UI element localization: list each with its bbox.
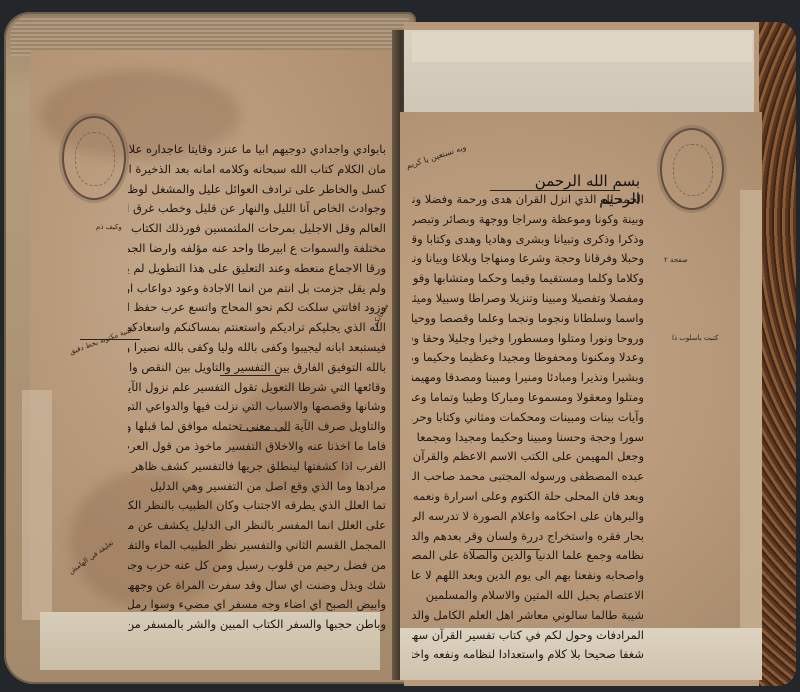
text-line: مرادها وما الذي وقع اصل من التفسير وهي ا…: [128, 477, 386, 497]
marginal-note: وكيف ذم: [96, 222, 122, 232]
text-line: والبرهان على احكامه واعلام الصورة لا تدر…: [412, 507, 644, 527]
text-line: الفرب اذا كشفتها لينطلق جريها فالتفسير ك…: [128, 457, 386, 477]
text-line: وروحا ونورا ومتلوا ومسطورا وخيرا وجليلا …: [412, 329, 644, 349]
text-line: على العلل انما المفسر بالنظر الى الدليل …: [128, 516, 386, 536]
text-line: وقائعها التي شرطا التعويل تقول التفسير ع…: [128, 378, 386, 398]
marginal-note: صفحة ٢: [664, 255, 688, 265]
underline-rule: [220, 375, 280, 376]
text-line: تما العلل الذي يطرقه الاجتناب وكان الطبي…: [128, 496, 386, 516]
text-line: فيستبعد ابانه ليجيبوا وكفى بالله وليا وك…: [128, 338, 386, 358]
underline-rule: [470, 549, 540, 550]
oval-seal-icon: [62, 116, 126, 200]
text-line: فاما ما اخذنا عنه والاخلاق التفسير ماخوذ…: [128, 437, 386, 457]
text-line: شغفا صحيحا بلا كلام واستعدادا لنظامه ونف…: [412, 645, 644, 665]
text-line: بابوادي واجدادي دوجيهم ابيا ما عنزد وقاي…: [128, 140, 386, 160]
text-line: سورا وحجة وحسنا ومبينا وحكيما ومجيدا ومج…: [412, 428, 644, 448]
text-line: ومفصلا وتفصيلا ومبينا وتنزيلا وصراطا وسب…: [412, 289, 644, 309]
text-line: وعدلا ومكنونا ومحفوظا ومجيدا وعظيما وحكي…: [412, 348, 644, 368]
text-line: وبينة وكونا وموعظة وسراجا ووجهة وبصائر و…: [412, 210, 644, 230]
right-page-text: الحمد لله الذي انزل القران هدى ورحمة وفض…: [412, 190, 644, 665]
text-line: وبشيرا ونذيرا ومبادئا ومنيرا ومبينا ومصد…: [412, 368, 644, 388]
text-line: وآيات بينات ومبينات ومحكمات ومثاني وكتاب…: [412, 408, 644, 428]
text-line: وابيض الصبح اي اضاء وجه مسفر اي مضيء وسو…: [128, 595, 386, 615]
text-line: وباطن حجبها والسفر الكتاب المبين والشر ب…: [128, 615, 386, 635]
text-line: المجمل القسم الثاني والتفسير نظر الطبيب …: [128, 536, 386, 556]
right-edge-repair-strip: [740, 190, 762, 630]
text-line: من فضل رحيم من قلوب رسيل ومن كل عنه حزب …: [128, 556, 386, 576]
text-line: الاعتصام بحبل الله المتين والاسلام والمس…: [412, 586, 644, 606]
text-line: وحبلا وفرقانا وحجة وشرعا ومنهاجا وبلاغا …: [412, 249, 644, 269]
underline-rule: [240, 430, 290, 431]
left-page-text: بابوادي واجدادي دوجيهم ابيا ما عنزد وقاي…: [128, 140, 386, 635]
text-line: كسل والخاطر على ترادف العوائل عليل والمش…: [128, 180, 386, 200]
marginal-note: كتبت باسلوب ذا: [672, 333, 718, 343]
text-line: ولم يقل جزمت بل انتم من انما الاجادة وعو…: [128, 279, 386, 299]
text-line: المرادفات وحول لكم في كتاب تفسير القرآن …: [412, 626, 644, 646]
text-line: عبده المصطفى ورسوله المجتبى محمد صاحب ال…: [412, 467, 644, 487]
text-line: وزود افاتتي سلكت لكم نحو المحاج واتسع عر…: [128, 298, 386, 318]
text-line: واسما وسلطانا ونجوما ونجما وعلما وقصصا و…: [412, 309, 644, 329]
right-top-repair-strip-inner: [412, 32, 752, 62]
text-line: مان الكلام كتاب الله سبحانه وكلامه امانه…: [128, 160, 386, 180]
manuscript-photo: بابوادي واجدادي دوجيهم ابيا ما عنزد وقاي…: [0, 0, 800, 692]
text-line: وجوادث الخاص آنا الليل والنهار عن قليل و…: [128, 199, 386, 219]
oval-seal-icon: [660, 128, 724, 210]
text-line: وبعد فان المحلى حلة الكتوم وعلى اسرارة و…: [412, 487, 644, 507]
text-line: ومتلوا ومعقولا ومسموعا ومباركا وطيبا وتم…: [412, 388, 644, 408]
text-line: ورقا الاجماع منعطه وعند التعليق على هذا …: [128, 259, 386, 279]
text-line: والتاويل صرف الآية الى معنى تحتمله موافق…: [128, 417, 386, 437]
text-line: وذكرا وذكرى وتبيانا وبشرى وهاديا وهدى وك…: [412, 230, 644, 250]
text-line: وشانها وقصصها والاسباب التي نزلت فيها وا…: [128, 397, 386, 417]
text-line: مختلفة والسموات ع ابيرطا واحد عنه مؤلفه …: [128, 239, 386, 259]
text-line: شك وبذل وضنت اي سال وقد سفرت المراة عن و…: [128, 576, 386, 596]
text-line: الله الذي يجليكم تراديكم واستعنتم بمساكن…: [128, 318, 386, 338]
text-line: الحمد لله الذي انزل القران هدى ورحمة وفض…: [412, 190, 644, 210]
text-line: بحار فقره واستخراج دررة ولسان وقر بعدهم …: [412, 527, 644, 547]
text-line: وجعل المهيمن على الكتب الاسم الاعظم والق…: [412, 447, 644, 467]
text-line: شيبة طالما سالوني معاشر اهل العلم الكامل…: [412, 606, 644, 626]
text-line: العالم وقل الاجليل بمرحات الملتمسين فورذ…: [128, 219, 386, 239]
text-line: واصحابه ونفعنا بهم الى يوم الدين وبعد ال…: [412, 566, 644, 586]
text-line: وكلاما وكلما ومستقيما وقيما وحكما ومتشاب…: [412, 269, 644, 289]
